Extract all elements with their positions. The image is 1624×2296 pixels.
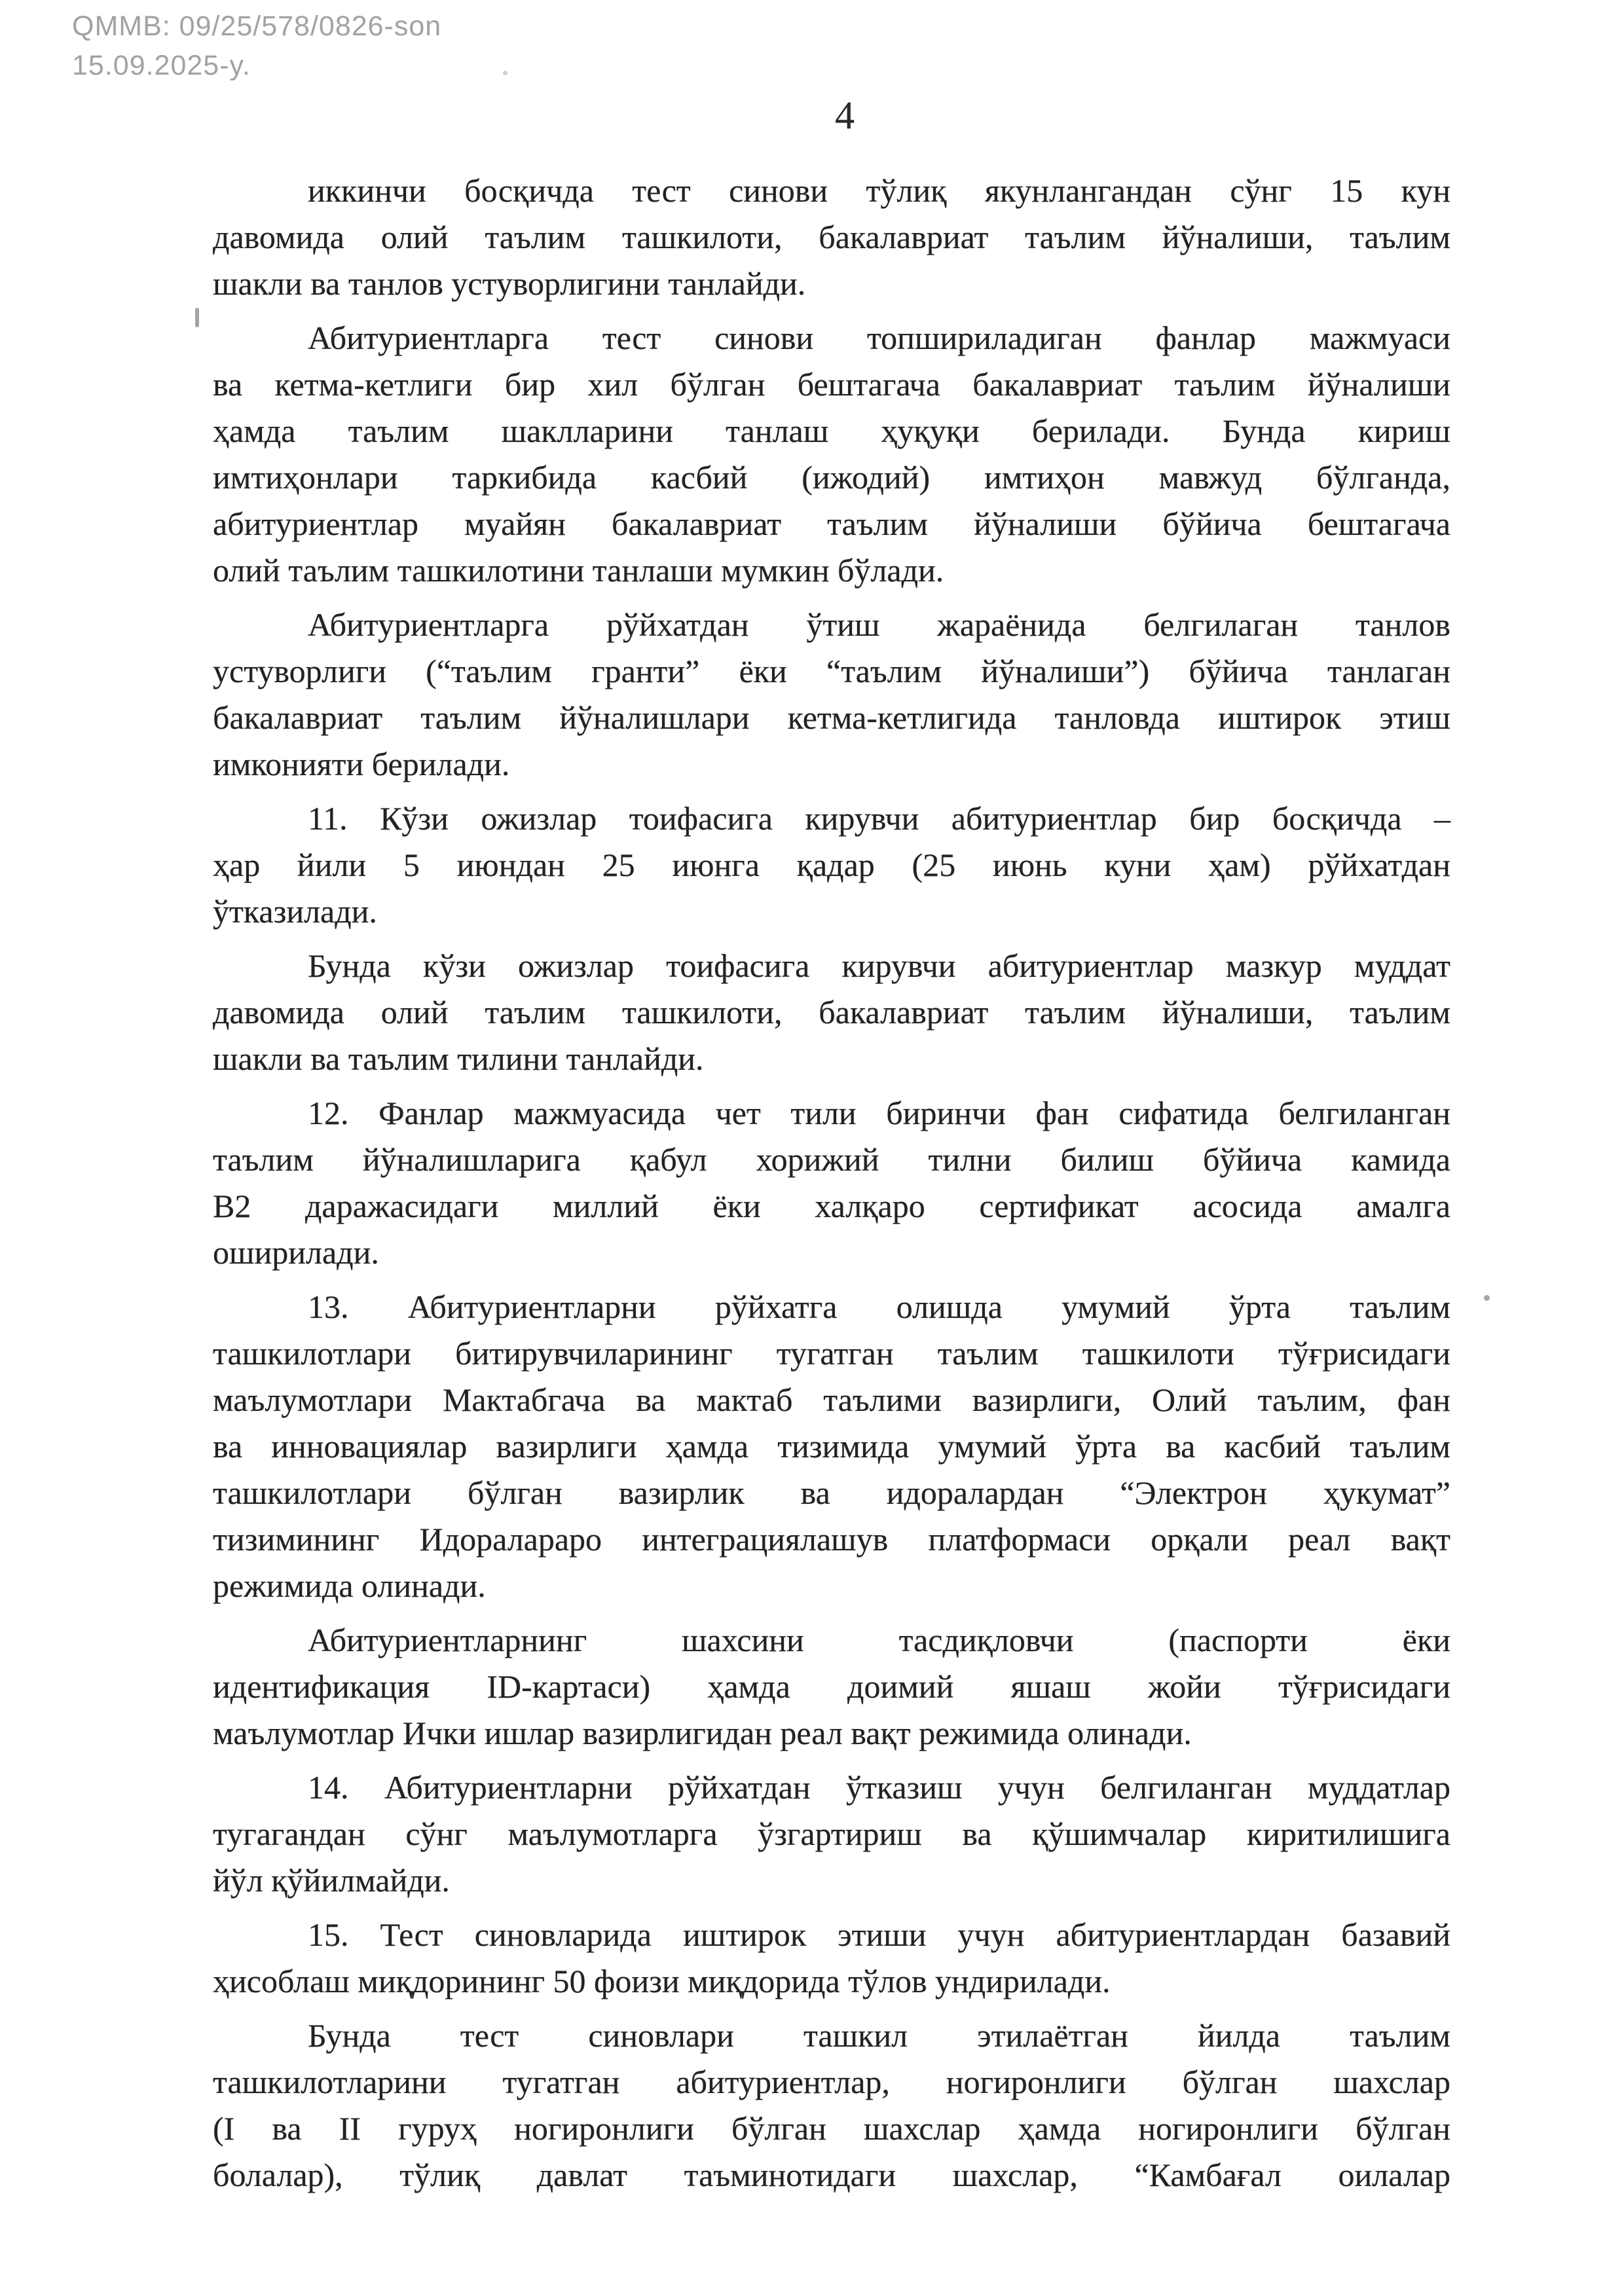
text-line: Абитуриентларга рўйхатдан ўтиш жараёнида…: [213, 602, 1450, 648]
paragraph: 13. Абитуриентларни рўйхатга олишда умум…: [213, 1284, 1450, 1609]
text-line: давомида олий таълим ташкилоти, бакалавр…: [213, 989, 1450, 1036]
stamp-number: QMMB: 09/25/578/0826-son: [72, 7, 441, 46]
text-line: шакли ва танлов устуворлигини танлайди.: [213, 261, 1450, 307]
paragraph: иккинчи босқичда тест синови тўлиқ якунл…: [213, 168, 1450, 307]
registration-stamp: QMMB: 09/25/578/0826-son 15.09.2025-y.: [72, 7, 441, 85]
text-line: ва кетма-кетлиги бир хил бўлган бештагач…: [213, 361, 1450, 408]
text-line: идентификация ID-картаси) ҳамда доимий я…: [213, 1664, 1450, 1710]
document-body: иккинчи босқичда тест синови тўлиқ якунл…: [213, 168, 1450, 2206]
text-line: ташкилотлари битирувчиларининг тугатган …: [213, 1330, 1450, 1377]
text-line: иккинчи босқичда тест синови тўлиқ якунл…: [213, 168, 1450, 214]
paragraph: Абитуриентларга рўйхатдан ўтиш жараёнида…: [213, 602, 1450, 788]
text-line: имконияти берилади.: [213, 741, 1450, 788]
text-line: тугагандан сўнг маълумотларга ўзгартириш…: [213, 1811, 1450, 1857]
text-line: ҳисоблаш миқдорининг 50 фоизи миқдорида …: [213, 1958, 1450, 2005]
text-line: устуворлиги (“таълим гранти” ёки “таълим…: [213, 648, 1450, 695]
text-line: 15. Тест синовларида иштирок этиши учун …: [213, 1912, 1450, 1958]
text-line: ва инновациялар вазирлиги ҳамда тизимида…: [213, 1423, 1450, 1470]
text-line: абитуриентлар муайян бакалавриат таълим …: [213, 501, 1450, 547]
scan-artifact-dot: [503, 71, 507, 75]
text-line: Бунда тест синовлари ташкил этилаётган й…: [213, 2013, 1450, 2059]
text-line: Бунда кўзи ожизлар тоифасига кирувчи аби…: [213, 943, 1450, 989]
paragraph: 12. Фанлар мажмуасида чет тили биринчи ф…: [213, 1090, 1450, 1276]
document-page: QMMB: 09/25/578/0826-son 15.09.2025-y. 4…: [0, 0, 1624, 2296]
text-line: оширилади.: [213, 1230, 1450, 1276]
text-line: шакли ва таълим тилини танлайди.: [213, 1036, 1450, 1082]
text-line: Абитуриентларга тест синови топшириладиг…: [213, 315, 1450, 361]
text-line: ташкилотлари бўлган вазирлик ва идоралар…: [213, 1470, 1450, 1516]
text-line: ҳамда таълим шаклларини танлаш ҳуқуқи бе…: [213, 408, 1450, 454]
text-line: 11. Кўзи ожизлар тоифасига кирувчи абиту…: [213, 795, 1450, 842]
text-line: режимида олинади.: [213, 1563, 1450, 1609]
paragraph: 11. Кўзи ожизлар тоифасига кирувчи абиту…: [213, 795, 1450, 935]
text-line: ташкилотларини тугатган абитуриентлар, н…: [213, 2059, 1450, 2105]
text-line: бакалавриат таълим йўналишлари кетма-кет…: [213, 695, 1450, 741]
text-line: маълумотлари Мактабгача ва мактаб таълим…: [213, 1377, 1450, 1423]
text-line: йўл қўйилмайди.: [213, 1857, 1450, 1904]
text-line: В2 даражасидаги миллий ёки халқаро серти…: [213, 1183, 1450, 1230]
paragraph: Абитуриентларнинг шахсини тасдиқловчи (п…: [213, 1617, 1450, 1757]
text-line: 13. Абитуриентларни рўйхатга олишда умум…: [213, 1284, 1450, 1330]
text-line: 12. Фанлар мажмуасида чет тили биринчи ф…: [213, 1090, 1450, 1137]
text-line: олий таълим ташкилотини танлаши мумкин б…: [213, 547, 1450, 594]
scan-artifact-dot: [1484, 1295, 1490, 1301]
text-line: маълумотлар Ички ишлар вазирлигидан реал…: [213, 1710, 1450, 1757]
paragraph: Бунда кўзи ожизлар тоифасига кирувчи аби…: [213, 943, 1450, 1082]
text-line: ўтказилади.: [213, 888, 1450, 935]
text-line: таълим йўналишларига қабул хорижий тилни…: [213, 1137, 1450, 1183]
scan-artifact-mark: [195, 308, 199, 327]
text-line: тизимининг Идоралараро интеграциялашув п…: [213, 1516, 1450, 1563]
text-line: имтиҳонлари таркибида касбий (ижодий) им…: [213, 454, 1450, 501]
text-line: болалар), тўлиқ давлат таъминотидаги шах…: [213, 2152, 1450, 2198]
paragraph: Бунда тест синовлари ташкил этилаётган й…: [213, 2013, 1450, 2198]
paragraph: 14. Абитуриентларни рўйхатдан ўтказиш уч…: [213, 1764, 1450, 1904]
text-line: (I ва II гуруҳ ногиронлиги бўлган шахсла…: [213, 2105, 1450, 2152]
text-line: давомида олий таълим ташкилоти, бакалавр…: [213, 214, 1450, 261]
paragraph: 15. Тест синовларида иштирок этиши учун …: [213, 1912, 1450, 2005]
text-line: 14. Абитуриентларни рўйхатдан ўтказиш уч…: [213, 1764, 1450, 1811]
text-line: ҳар йили 5 июндан 25 июнга қадар (25 июн…: [213, 842, 1450, 888]
page-number: 4: [226, 96, 1464, 135]
text-line: Абитуриентларнинг шахсини тасдиқловчи (п…: [213, 1617, 1450, 1664]
stamp-date: 15.09.2025-y.: [72, 46, 441, 85]
paragraph: Абитуриентларга тест синови топшириладиг…: [213, 315, 1450, 594]
